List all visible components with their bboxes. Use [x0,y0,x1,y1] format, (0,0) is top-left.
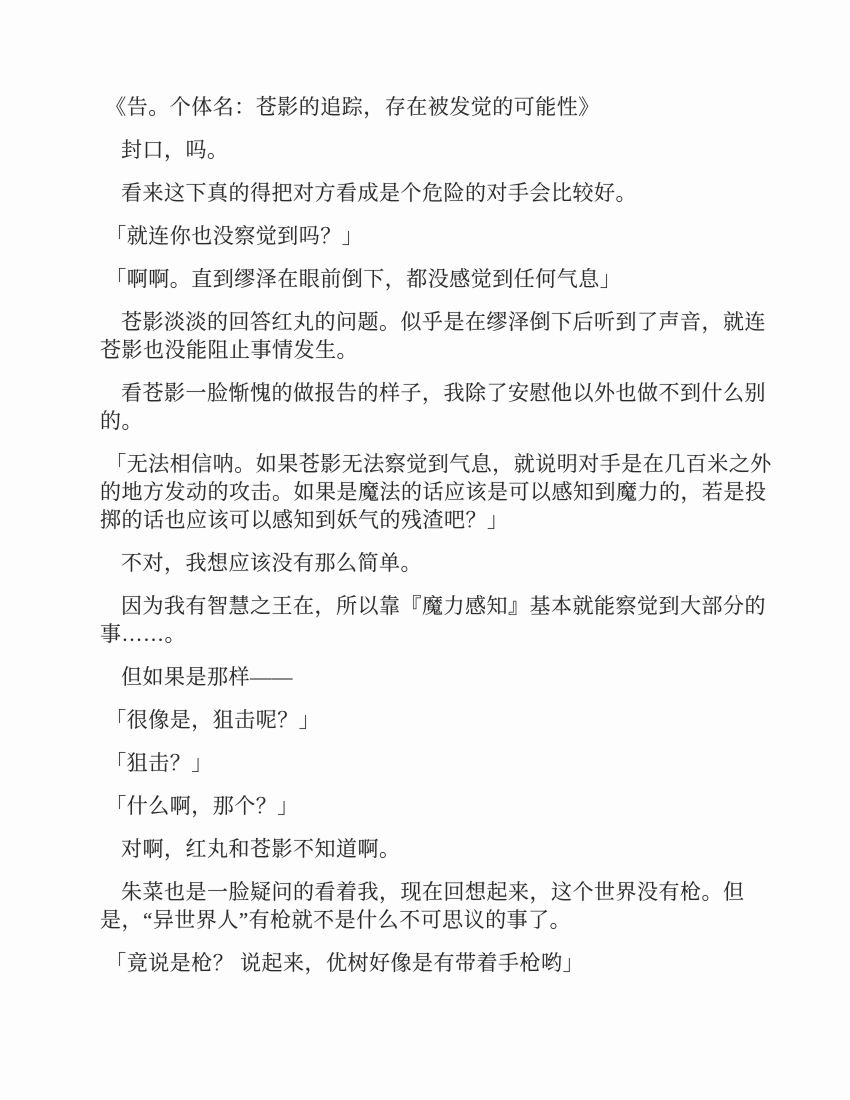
narration-paragraph: 但如果是那样—— [100,663,774,691]
narration-paragraph: 对啊，红丸和苍影不知道啊。 [100,835,774,863]
narration-paragraph: 封口，吗。 [100,136,774,164]
dialogue-paragraph: 「就连你也没察觉到吗？」 [100,222,774,250]
narration-paragraph: 因为我有智慧之王在，所以靠『魔力感知』基本就能察觉到大部分的事……。 [100,592,774,648]
novel-page: 《告。个体名：苍影的追踪，存在被发觉的可能性》 封口，吗。 看来这下真的得把对方… [0,0,850,1100]
dialogue-paragraph: 「很像是，狙击呢？」 [100,706,774,734]
dialogue-paragraph: 「什么啊，那个？」 [100,792,774,820]
narration-paragraph: 看来这下真的得把对方看成是个危险的对手会比较好。 [100,179,774,207]
dialogue-paragraph: 「无法相信呐。如果苍影无法察觉到气息，就说明对手是在几百米之外的地方发动的攻击。… [100,450,774,534]
narration-paragraph: 看苍影一脸惭愧的做报告的样子，我除了安慰他以外也做不到什么别的。 [100,379,774,435]
novel-text-block: 《告。个体名：苍影的追踪，存在被发觉的可能性》 封口，吗。 看来这下真的得把对方… [100,93,774,977]
dialogue-paragraph: 「啊啊。直到缪泽在眼前倒下，都没感觉到任何气息」 [100,265,774,293]
narration-paragraph: 苍影淡淡的回答红丸的问题。似乎是在缪泽倒下后听到了声音，就连苍影也没能阻止事情发… [100,308,774,364]
dialogue-paragraph: 「狙击？」 [100,749,774,777]
dialogue-paragraph: 「竟说是枪？ 说起来，优树好像是有带着手枪哟」 [100,949,774,977]
skill-announce-line: 《告。个体名：苍影的追踪，存在被发觉的可能性》 [100,93,774,121]
narration-paragraph: 朱菜也是一脸疑问的看着我，现在回想起来，这个世界没有枪。但是，“异世界人”有枪就… [100,878,774,934]
narration-paragraph: 不对，我想应该没有那么简单。 [100,549,774,577]
